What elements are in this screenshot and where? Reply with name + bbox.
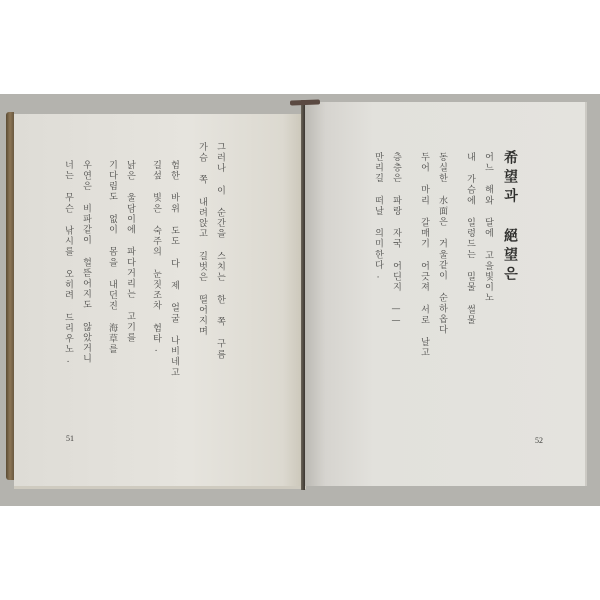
book-cover-edge xyxy=(6,112,14,480)
right-page: 希望과 絕望은 어느 해와 달에 고을빛이노 내 가슴에 일렁드는 밀물 썰물 … xyxy=(303,102,587,486)
poem-line: 낡은 울담이에 파다거리는 고기를 xyxy=(125,160,134,343)
poem-line: 만리길 떠날 의미한다. xyxy=(373,152,382,282)
page-number-right: 52 xyxy=(535,436,543,445)
poem-title: 希望과 絕望은 xyxy=(503,150,517,285)
poem-line: 기다림도 없이 몸을 내던진 海草를 xyxy=(107,160,116,355)
poem-line: 어느 해와 달에 고을빛이노 xyxy=(483,152,492,303)
poem-line: 너는 무슨 낚시를 오히려 드리우노. xyxy=(63,160,72,366)
poem-line: 길섶 빛은 숙주의 눈짓조차 험타. xyxy=(151,160,160,356)
book-spine xyxy=(301,100,305,490)
poem-line: 두어 마리 갈매기 어긋져 서로 날고 xyxy=(419,152,428,358)
headband xyxy=(290,99,320,105)
poem-line: 우연은 비파같이 헐뜯어지도 않았거니 xyxy=(81,160,90,364)
poem-line: 그러나 이 순간을 스치는 한 쪽 구름 xyxy=(215,142,224,360)
poem-line: 내 가슴에 일렁드는 밀물 썰물 xyxy=(465,152,474,326)
page-number-left: 51 xyxy=(66,434,74,443)
poem-line: 층층은 파랑 자국 어딘지 —— xyxy=(391,152,400,328)
poem-line: 동실한 水面은 거울같이 순하옵다 xyxy=(437,152,446,335)
poem-line: 험한 바위 도도 다 제 얼굴 나비네고 xyxy=(169,160,178,378)
poem-line: 가슴 쪽 내려앉고 길벗은 떨어지며 xyxy=(197,142,206,337)
left-page: 그러나 이 순간을 스치는 한 쪽 구름 가슴 쪽 내려앉고 길벗은 떨어지며 … xyxy=(14,114,306,489)
